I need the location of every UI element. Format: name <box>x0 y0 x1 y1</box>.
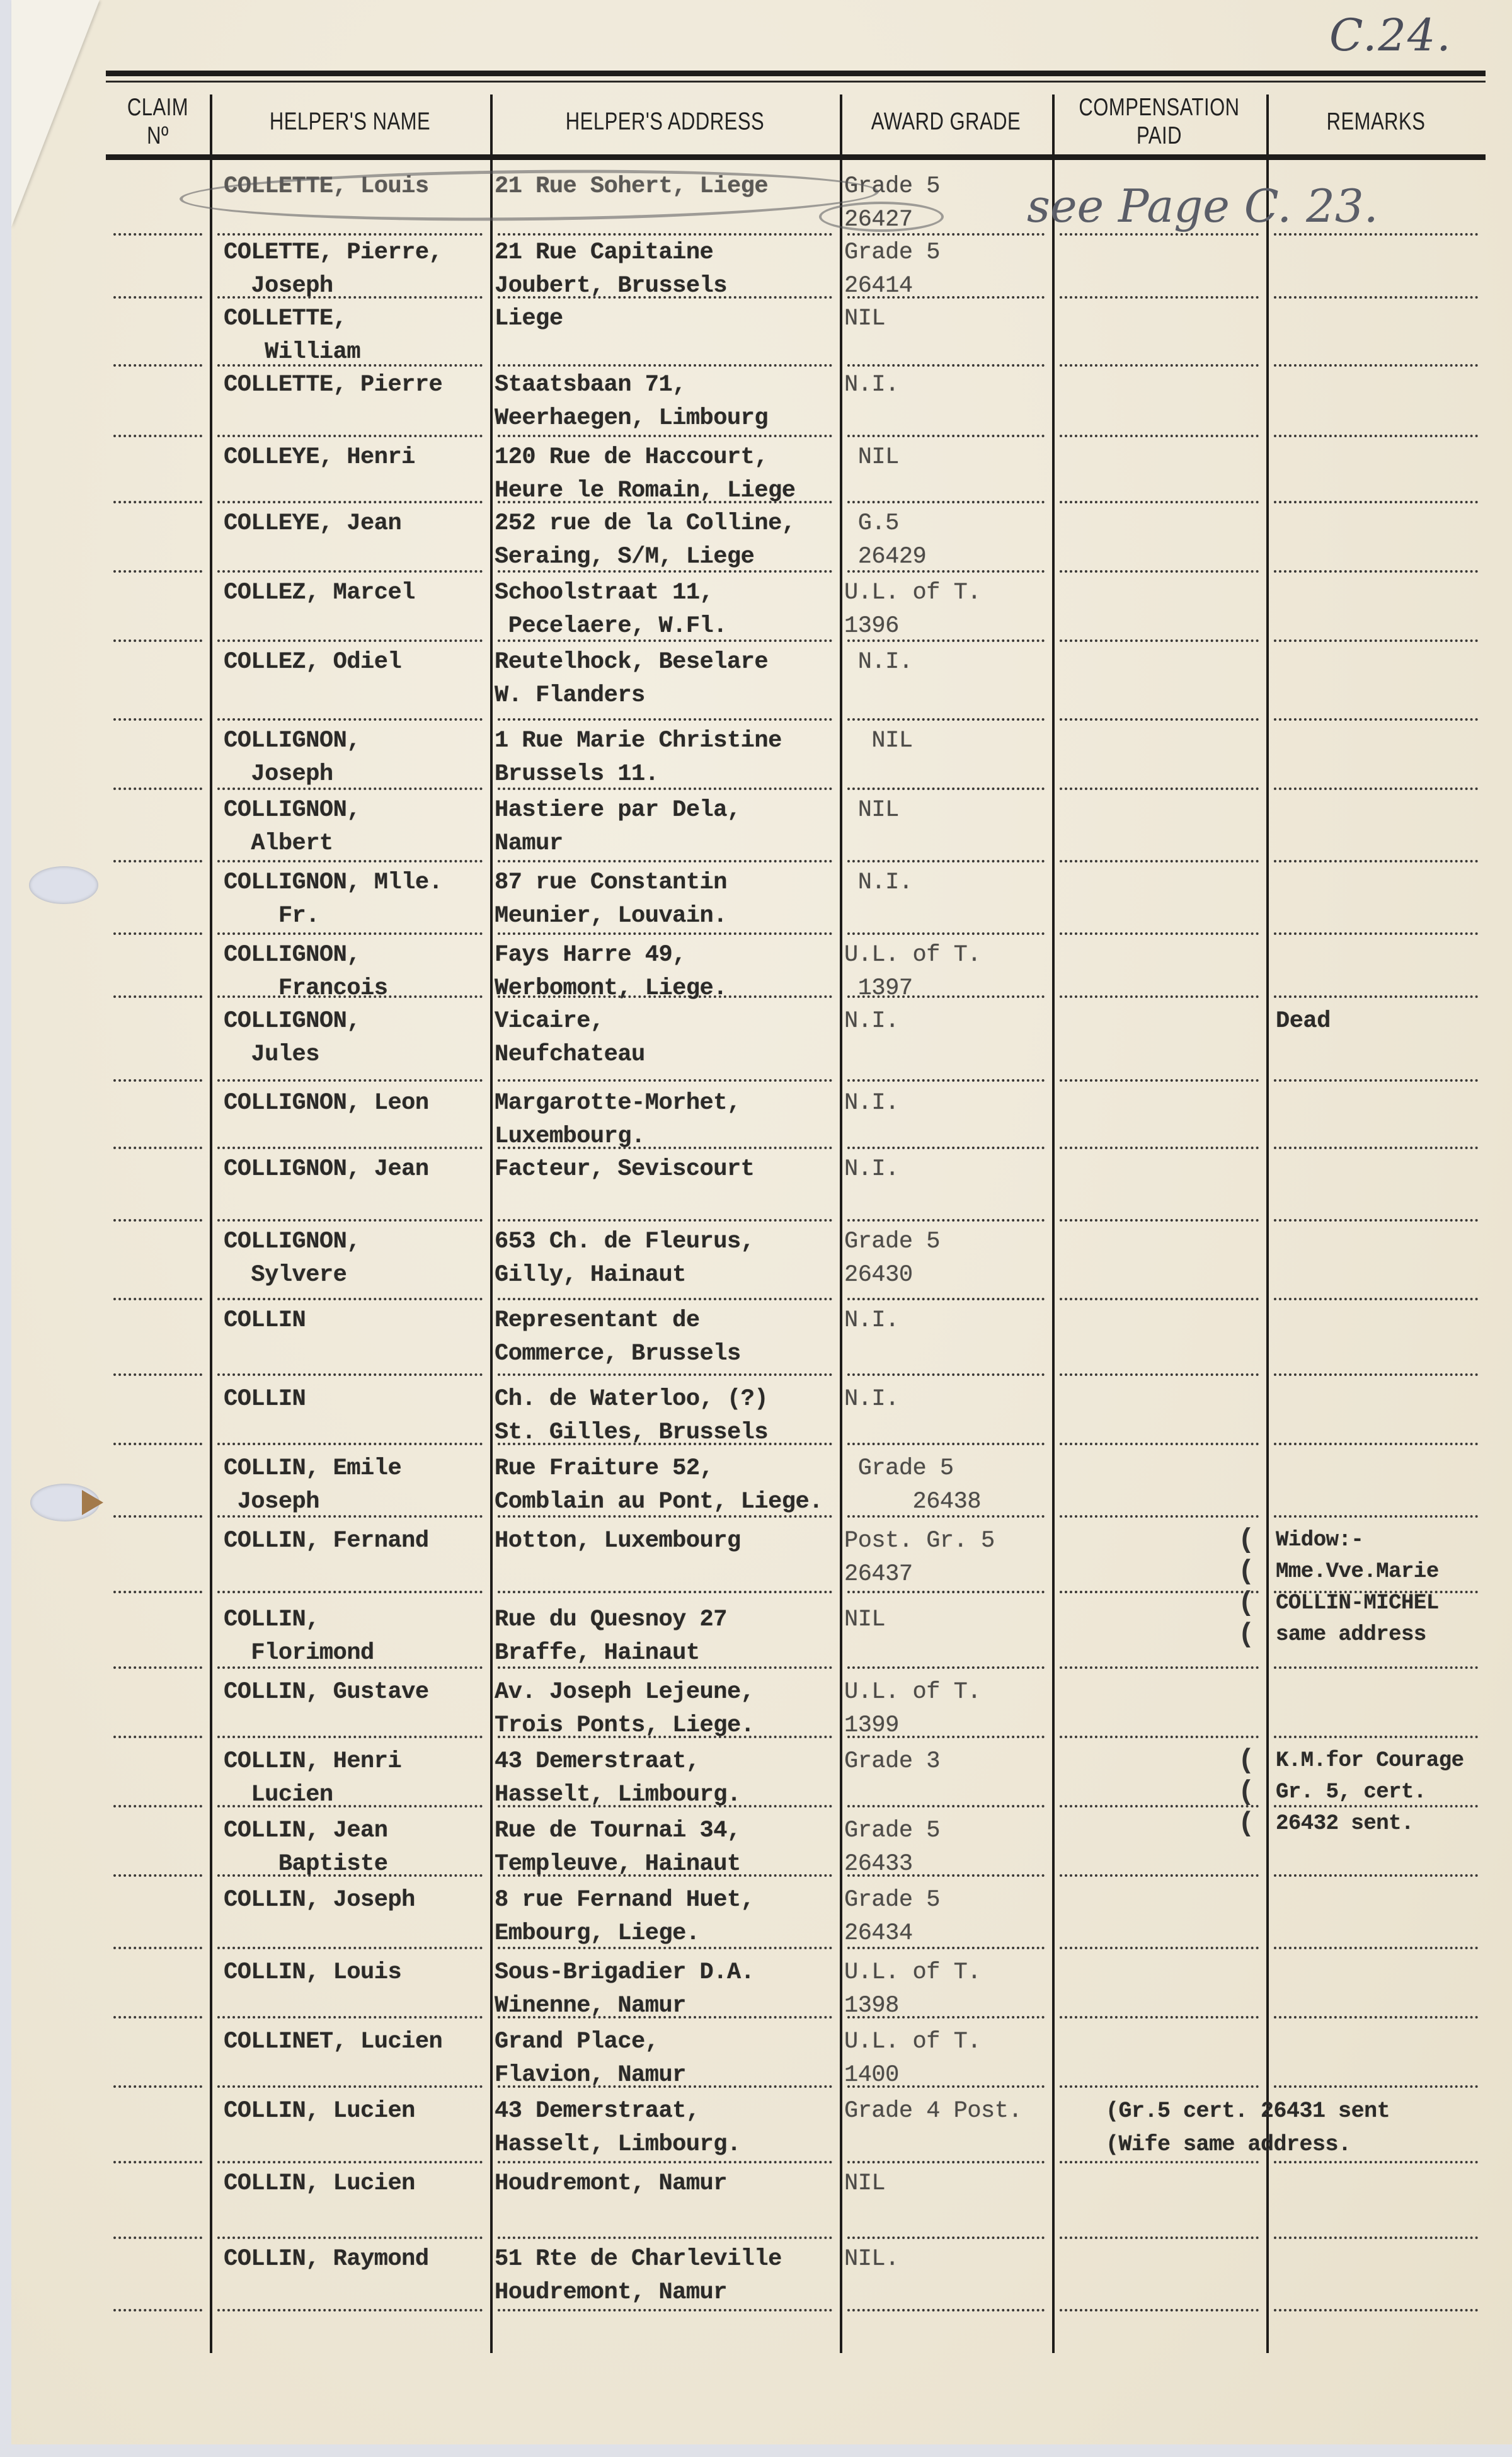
row-separator <box>1060 1373 1259 1376</box>
row-separator <box>1060 860 1259 862</box>
row-separator <box>217 2016 483 2019</box>
helper-name-cell: COLLEZ, Odiel <box>224 646 401 679</box>
row-separator <box>847 718 1045 721</box>
helper-name-cell: COLLIN, Florimond <box>224 1603 374 1670</box>
row-separator <box>498 1591 832 1593</box>
row-separator <box>113 1515 202 1518</box>
helper-name-cell: COLLIN, Joseph <box>224 1884 415 1917</box>
row-separator <box>113 860 202 862</box>
helper-address-cell: Schoolstraat 11, Pecelaere, W.Fl. <box>495 576 727 643</box>
row-separator <box>113 2309 202 2311</box>
helper-name-cell: COLLIN, Lucien <box>224 2167 415 2201</box>
row-separator <box>113 501 202 503</box>
row-separator <box>1274 639 1478 642</box>
bracket-mark: ( ( ( ( <box>1238 1525 1254 1651</box>
helper-address-cell: Rue de Tournai 34, Templeuve, Hainaut <box>495 1814 741 1881</box>
award-grade-cell: N.I. <box>844 1087 899 1120</box>
column-header-remarks: REMARKS <box>1266 84 1486 159</box>
row-separator <box>113 2085 202 2088</box>
row-separator <box>1060 995 1259 998</box>
award-grade-cell: Grade 5 26430 <box>844 1225 940 1292</box>
award-grade-cell: U.L. of T. 1396 <box>844 576 981 643</box>
helper-name-cell: COLLIN, Gustave <box>224 1676 429 1709</box>
row-separator <box>217 435 483 437</box>
column-divider <box>1052 94 1055 2353</box>
punch-hole-bottom <box>30 1484 100 1521</box>
row-separator <box>113 1373 202 1376</box>
column-header-award-grade: AWARD GRADE <box>840 84 1052 159</box>
column-header-compensation-paid: COMPENSATIONPAID <box>1052 84 1266 159</box>
row-separator <box>1274 1219 1478 1222</box>
column-header-helper-address: HELPER'S ADDRESS <box>490 84 840 159</box>
helper-address-cell: Rue du Quesnoy 27 Braffe, Hainaut <box>495 1603 727 1670</box>
row-separator <box>113 1079 202 1082</box>
row-separator <box>847 1298 1045 1300</box>
column-header-helper-name: HELPER'S NAME <box>210 84 490 159</box>
helper-address-cell: Rue Fraiture 52, Comblain au Pont, Liege… <box>495 1452 823 1519</box>
row-separator <box>113 570 202 573</box>
row-separator <box>1274 2309 1478 2311</box>
row-separator <box>113 639 202 642</box>
row-separator <box>1060 718 1259 721</box>
row-separator <box>113 1147 202 1149</box>
award-grade-cell: N.I. <box>844 1304 899 1337</box>
award-grade-cell: NIL <box>844 441 899 474</box>
row-separator <box>217 718 483 721</box>
row-separator <box>1274 787 1478 790</box>
row-separator <box>113 1666 202 1669</box>
row-separator <box>1274 2016 1478 2019</box>
row-separator <box>217 1947 483 1949</box>
helper-address-cell: 653 Ch. de Fleurus, Gilly, Hainaut <box>495 1225 754 1292</box>
helper-address-cell: 1 Rue Marie Christine Brussels 11. <box>495 724 782 791</box>
folded-corner <box>11 0 100 227</box>
row-separator <box>1274 1874 1478 1877</box>
row-separator <box>113 1805 202 1807</box>
row-separator <box>113 364 202 367</box>
row-separator <box>1060 2016 1259 2019</box>
row-separator <box>1060 1666 1259 1669</box>
row-separator <box>1274 995 1478 998</box>
helper-address-cell: 120 Rue de Haccourt, Heure le Romain, Li… <box>495 441 795 508</box>
row-separator <box>498 2236 832 2239</box>
helper-address-cell: 87 rue Constantin Meunier, Louvain. <box>495 866 727 933</box>
row-separator <box>498 1219 832 1222</box>
row-separator <box>498 718 832 721</box>
helper-name-cell: COLLIN, Jean Baptiste <box>224 1814 387 1881</box>
helper-name-cell: COLLIGNON, Sylvere <box>224 1225 360 1292</box>
remarks-cell: K.M.for Courage Gr. 5, cert. 26432 sent. <box>1276 1745 1464 1840</box>
row-separator <box>498 1298 832 1300</box>
helper-address-cell: Reutelhock, Beselare W. Flanders <box>495 646 768 713</box>
row-separator <box>1060 2309 1259 2311</box>
helper-address-cell: Houdremont, Namur <box>495 2167 727 2201</box>
award-grade-cell: G.5 26429 <box>844 507 926 574</box>
helper-address-cell: Ch. de Waterloo, (?) St. Gilles, Brussel… <box>495 1383 768 1450</box>
award-grade-cell: N.I. <box>844 1383 899 1416</box>
row-separator <box>1060 1947 1259 1949</box>
row-separator <box>847 1805 1045 1807</box>
helper-address-cell: Fays Harre 49, Werbomont, Liege. <box>495 939 727 1005</box>
row-separator <box>1060 296 1259 299</box>
helper-name-cell: COLLIGNON, Leon <box>224 1087 429 1120</box>
helper-name-cell: COLLIGNON, Mlle. Fr. <box>224 866 442 933</box>
remarks-cell: Dead <box>1276 1005 1331 1038</box>
row-separator <box>217 570 483 573</box>
row-separator <box>1274 718 1478 721</box>
row-separator <box>847 2309 1045 2311</box>
award-grade-cell: Grade 5 26414 <box>844 236 940 303</box>
row-separator <box>113 2161 202 2163</box>
row-separator <box>217 2309 483 2311</box>
row-separator <box>847 860 1045 862</box>
helper-name-cell: COLLIN, Henri Lucien <box>224 1745 401 1812</box>
row-separator <box>1060 1147 1259 1149</box>
row-separator <box>217 639 483 642</box>
table-top-thin-rule <box>106 81 1486 83</box>
helper-name-cell: COLLEYE, Jean <box>224 507 401 541</box>
helper-address-cell: Facteur, Seviscourt <box>495 1153 754 1186</box>
row-separator <box>1274 1515 1478 1518</box>
row-separator <box>1060 787 1259 790</box>
row-separator <box>847 2236 1045 2239</box>
award-grade-cell: U.L. of T. 1397 <box>844 939 981 1005</box>
row-separator <box>1274 1736 1478 1738</box>
row-separator <box>113 1443 202 1445</box>
row-separator <box>1274 296 1478 299</box>
row-separator <box>113 2236 202 2239</box>
strikethrough-scribble-grade <box>819 202 944 232</box>
row-separator <box>847 1443 1045 1445</box>
helper-name-cell: COLLETTE, Pierre <box>224 369 442 402</box>
row-separator <box>847 1079 1045 1082</box>
award-grade-cell: U.L. of T. 1400 <box>844 2025 981 2092</box>
row-separator <box>847 787 1045 790</box>
award-grade-cell: NIL <box>844 724 913 758</box>
row-separator <box>498 364 832 367</box>
award-grade-cell: Grade 5 26433 <box>844 1814 940 1881</box>
row-separator <box>113 995 202 998</box>
row-separator <box>217 501 483 503</box>
compensation-paid-cell: (Gr.5 cert. 26431 sent (Wife same addres… <box>1106 2095 1390 2162</box>
helper-name-cell: COLLEYE, Henri <box>224 441 415 474</box>
row-separator <box>1060 2085 1259 2088</box>
row-separator <box>113 296 202 299</box>
award-grade-cell: U.L. of T. 1398 <box>844 1956 981 2023</box>
award-grade-cell: N.I. <box>844 1153 899 1186</box>
row-separator <box>1060 233 1259 236</box>
helper-name-cell: COLLIN, Fernand <box>224 1525 429 1558</box>
row-separator <box>1274 1373 1478 1376</box>
helper-address-cell: Representant de Commerce, Brussels <box>495 1304 741 1371</box>
punch-hole-top <box>29 866 98 904</box>
award-grade-cell: NIL. <box>844 2243 899 2276</box>
row-separator <box>847 932 1045 935</box>
row-separator <box>217 1298 483 1300</box>
helper-address-cell: Margarotte-Morhet, Luxembourg. <box>495 1087 741 1154</box>
remarks-cell: Widow:- Mme.Vve.Marie COLLIN-MICHEL same… <box>1276 1525 1439 1651</box>
row-separator <box>113 787 202 790</box>
row-separator <box>498 1373 832 1376</box>
helper-name-cell: COLETTE, Pierre, Joseph <box>224 236 442 303</box>
row-separator <box>113 2016 202 2019</box>
helper-name-cell: COLLIN, Raymond <box>224 2243 429 2276</box>
row-separator <box>113 435 202 437</box>
award-grade-cell: Grade 5 26434 <box>844 1884 940 1950</box>
helper-name-cell: COLLIN, Emile Joseph <box>224 1452 401 1519</box>
row-separator <box>1060 1805 1259 1807</box>
helper-name-cell: COLLIGNON, Francois <box>224 939 387 1005</box>
row-separator <box>217 1219 483 1222</box>
helper-name-cell: COLLEZ, Marcel <box>224 576 415 610</box>
row-separator <box>1060 1515 1259 1518</box>
row-separator <box>217 233 483 236</box>
row-separator <box>113 233 202 236</box>
column-divider <box>210 94 212 2353</box>
helper-address-cell: Grand Place, Flavion, Namur <box>495 2025 686 2092</box>
row-separator <box>1274 435 1478 437</box>
row-separator <box>113 1874 202 1877</box>
helper-address-cell: Av. Joseph Lejeune, Trois Ponts, Liege. <box>495 1676 754 1743</box>
row-separator <box>1274 1147 1478 1149</box>
row-separator <box>217 1079 483 1082</box>
row-separator <box>113 1298 202 1300</box>
row-separator <box>1274 932 1478 935</box>
helper-address-cell: Liege <box>495 302 563 336</box>
column-divider <box>1266 94 1269 2353</box>
row-separator <box>1060 1591 1259 1593</box>
helper-address-cell: Vicaire, Neufchateau <box>495 1005 645 1072</box>
award-grade-cell: Grade 5 26438 <box>844 1452 981 1519</box>
helper-name-cell: COLLIGNON, Albert <box>224 794 360 861</box>
row-separator <box>1060 1219 1259 1222</box>
row-separator <box>113 718 202 721</box>
row-separator <box>217 1443 483 1445</box>
row-separator <box>217 2161 483 2163</box>
award-grade-cell: N.I. <box>844 369 899 402</box>
row-separator <box>1060 1298 1259 1300</box>
helper-name-cell: COLLINET, Lucien <box>224 2025 442 2059</box>
row-separator <box>1060 501 1259 503</box>
row-separator <box>217 2236 483 2239</box>
row-separator <box>847 1666 1045 1669</box>
row-separator <box>1060 639 1259 642</box>
award-grade-cell: NIL <box>844 302 885 336</box>
helper-name-cell: COLLIGNON, Joseph <box>224 724 360 791</box>
row-separator <box>217 1736 483 1738</box>
row-separator <box>113 1736 202 1738</box>
row-separator <box>1060 570 1259 573</box>
helper-address-cell: Sous-Brigadier D.A. Winenne, Namur <box>495 1956 754 2023</box>
row-separator <box>847 1147 1045 1149</box>
row-separator <box>1274 233 1478 236</box>
award-grade-cell: Post. Gr. 5 26437 <box>844 1525 995 1591</box>
row-separator <box>1274 1666 1478 1669</box>
row-separator <box>1060 1443 1259 1445</box>
award-grade-cell: NIL <box>844 794 899 827</box>
row-separator <box>1060 1079 1259 1082</box>
row-separator <box>847 1373 1045 1376</box>
row-separator <box>113 1591 202 1593</box>
award-grade-cell: N.I. <box>844 1005 899 1038</box>
row-separator <box>113 932 202 935</box>
column-divider <box>840 94 842 2353</box>
row-separator <box>1274 570 1478 573</box>
row-separator <box>1060 1874 1259 1877</box>
row-separator <box>847 501 1045 503</box>
row-separator <box>217 2085 483 2088</box>
row-separator <box>217 1373 483 1376</box>
helper-address-cell: Hastiere par Dela, Namur <box>495 794 741 861</box>
page-reference: C.24. <box>1329 9 1452 61</box>
row-separator <box>1274 501 1478 503</box>
helper-address-cell: 252 rue de la Colline, Seraing, S/M, Lie… <box>495 507 795 574</box>
helper-name-cell: COLLIN, Lucien <box>224 2095 415 2128</box>
row-separator <box>847 1219 1045 1222</box>
row-separator <box>1274 364 1478 367</box>
row-separator <box>113 1219 202 1222</box>
row-separator <box>1274 1079 1478 1082</box>
helper-name-cell: COLLIN <box>224 1383 306 1416</box>
row-separator <box>847 435 1045 437</box>
helper-name-cell: COLLIGNON, Jean <box>224 1153 429 1186</box>
row-separator <box>1060 364 1259 367</box>
row-separator <box>217 1147 483 1149</box>
award-grade-cell: N.I. <box>844 866 913 900</box>
row-separator <box>1274 1947 1478 1949</box>
helper-address-cell: 8 rue Fernand Huet, Embourg, Liege. <box>495 1884 754 1950</box>
row-separator <box>498 1079 832 1082</box>
handwritten-see-page-note: see Page C. 23. <box>1027 180 1378 232</box>
helper-address-cell: 43 Demerstraat, Hasselt, Limbourg. <box>495 1745 741 1812</box>
helper-address-cell: 43 Demerstraat, Hasselt, Limbourg. <box>495 2095 741 2162</box>
award-grade-cell: NIL <box>844 1603 885 1637</box>
row-separator <box>1060 2236 1259 2239</box>
helper-name-cell: COLLIGNON, Jules <box>224 1005 360 1072</box>
award-grade-cell: NIL <box>844 2167 885 2201</box>
helper-name-cell: COLLIN <box>224 1304 306 1337</box>
helper-name-cell: COLLIN, Louis <box>224 1956 401 1990</box>
row-separator <box>1060 932 1259 935</box>
award-grade-cell: Grade 3 <box>844 1745 940 1778</box>
row-separator <box>1274 1443 1478 1445</box>
row-separator <box>1060 1736 1259 1738</box>
award-grade-cell: N.I. <box>844 646 913 679</box>
helper-address-cell: Hotton, Luxembourg <box>495 1525 741 1558</box>
helper-name-cell: COLLETTE, William <box>224 302 360 369</box>
column-divider <box>490 94 493 2353</box>
helper-address-cell: 21 Rue Capitaine Joubert, Brussels <box>495 236 727 303</box>
table-top-rule <box>106 71 1486 76</box>
row-separator <box>847 364 1045 367</box>
award-grade-cell: Grade 4 Post. <box>844 2095 1022 2128</box>
row-separator <box>1060 435 1259 437</box>
bracket-mark: ( ( ( <box>1238 1745 1254 1840</box>
helper-address-cell: 51 Rte de Charleville Houdremont, Namur <box>495 2243 782 2310</box>
helper-address-cell: Staatsbaan 71, Weerhaegen, Limbourg <box>495 369 768 435</box>
row-separator <box>847 2161 1045 2163</box>
row-separator <box>1274 1298 1478 1300</box>
row-separator <box>1274 860 1478 862</box>
row-separator <box>1274 2236 1478 2239</box>
column-header-claim-no: CLAIMNº <box>106 84 210 159</box>
row-separator <box>113 1947 202 1949</box>
award-grade-cell: U.L. of T. 1399 <box>844 1676 981 1743</box>
row-separator <box>1274 2085 1478 2088</box>
row-separator <box>217 1591 483 1593</box>
row-separator <box>498 233 832 236</box>
